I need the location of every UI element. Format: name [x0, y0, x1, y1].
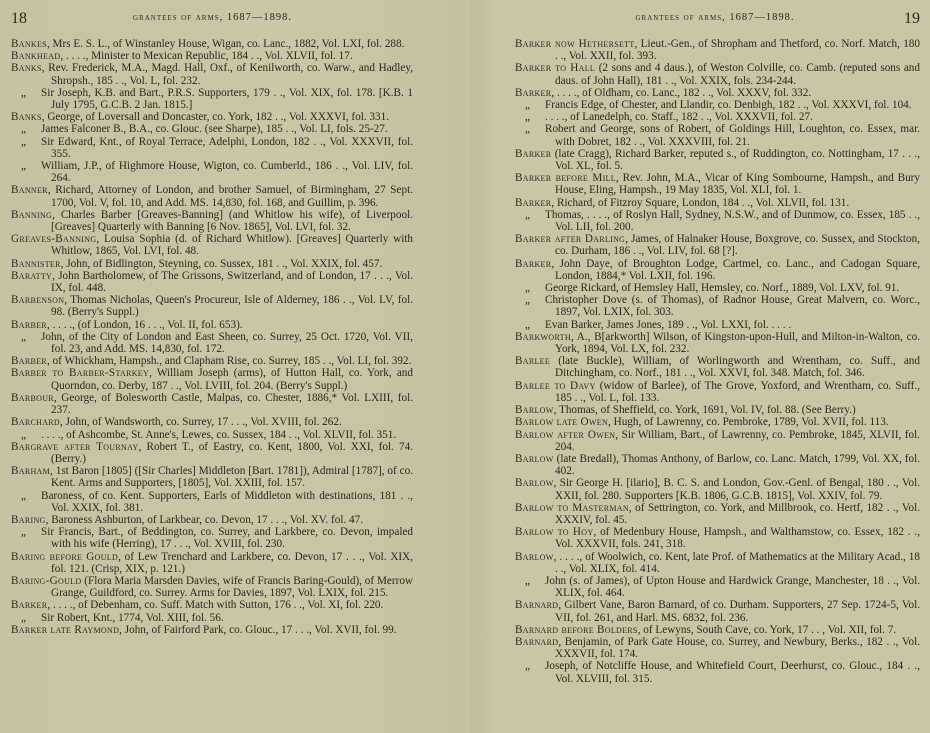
entry-text: , Sir George H. [ilario], B. C. S. and L…: [554, 477, 920, 501]
entry-surname: Barlow: [515, 551, 554, 563]
ditto-mark: „: [21, 429, 41, 441]
entry-text: Joseph, of Notcliffe House, and Whitefie…: [545, 660, 920, 684]
entry-surname: Barnard: [515, 636, 558, 648]
ditto-mark: „: [525, 209, 545, 221]
entry-text: , John, of Wandsworth, co. Surrey, 17 . …: [60, 416, 342, 428]
entry-surname: Barlow: [515, 404, 554, 416]
entry-surname: Barchard: [11, 416, 60, 428]
entry: Barchard, John, of Wandsworth, co. Surre…: [11, 416, 413, 428]
sub-entry: „Thomas, . . . ., of Roslyn Hall, Sydney…: [515, 209, 920, 233]
entry: Baratty, John Bartholomew, of The Grisso…: [11, 270, 413, 294]
entry: Barker, Richard, of Fitzroy Square, Lond…: [515, 197, 920, 209]
entry-text: , of Lewyns, South Cave, co. York, 17 . …: [638, 624, 896, 636]
entry-surname: Barlee: [515, 355, 550, 367]
entry-surname: Barker after Darling: [515, 233, 625, 245]
entry-text: Thomas, . . . ., of Roslyn Hall, Sydney,…: [545, 209, 920, 233]
ditto-mark: „: [21, 123, 41, 135]
entry-surname: Banning: [11, 209, 52, 221]
ditto-mark: „: [21, 160, 41, 172]
entry: Bannister, John, of Bidlington, Steyning…: [11, 258, 413, 270]
entry: Banks, George, of Loversall and Doncaste…: [11, 111, 413, 123]
entry-list: Bankes, Mrs E. S. L., of Winstanley Hous…: [11, 38, 413, 636]
entry-surname: Barker to Hall: [515, 62, 595, 74]
entry: Barlow after Owen, Sir William, Bart., o…: [515, 429, 920, 453]
entry-text: (Flora Maria Marsden Davies, wife of Fra…: [51, 575, 413, 599]
left-page-header: 18 GRANTEES OF ARMS, 1687—1898.: [11, 10, 414, 28]
entry: Barker to Hall (2 sons and 4 daus.), of …: [515, 62, 920, 86]
entry: Barbenson, Thomas Nicholas, Queen's Proc…: [11, 294, 413, 318]
entry: Barker, John Daye, of Broughton Lodge, C…: [515, 258, 920, 282]
entry-text: , John Bartholomew, of The Grissons, Swi…: [51, 270, 413, 294]
entry: Baring, Baroness Ashburton, of Larkbear,…: [11, 514, 413, 526]
entry-text: (late Cragg), Richard Barker, reputed s.…: [551, 148, 920, 172]
entry-text: , . . . ., of Woolwich, co. Kent, late P…: [554, 551, 920, 575]
entry: Barker, . . . ., of Oldham, co. Lanc., 1…: [515, 87, 920, 99]
entry-text: (late Bredall), Thomas Anthony, of Barlo…: [554, 453, 920, 477]
entry-surname: Barnard before Bolders: [515, 624, 638, 636]
entry-surname: Greaves-Banning: [11, 233, 96, 245]
entry-surname: Bankes: [11, 38, 47, 50]
entry-text: , John, of Bidlington, Steyning, co. Sus…: [61, 258, 383, 270]
sub-entry: „Sir Edward, Knt., of Royal Terrace, Ade…: [11, 136, 413, 160]
entry-text: , Charles Barber [Greaves-Banning] (and …: [51, 209, 413, 233]
sub-entry: „Baroness, of co. Kent. Supporters, Earl…: [11, 490, 413, 514]
page-number: 19: [904, 10, 920, 28]
entry-text: , Richard, Attorney of London, and broth…: [48, 184, 413, 208]
entry-text: , . . . ., (of London, 16 . . ., Vol. II…: [47, 319, 243, 331]
ditto-mark: „: [525, 123, 545, 135]
entry-text: Francis Edge, of Chester, and Llandir, c…: [545, 99, 912, 111]
sub-entry: „George Rickard, of Hemsley Hall, Hemsle…: [515, 282, 920, 294]
sub-entry: „John, of the City of London and East Sh…: [11, 331, 413, 355]
ditto-mark: „: [21, 490, 41, 502]
sub-entry: „Robert and George, sons of Robert, of G…: [515, 123, 920, 147]
entry: Baring before Gould, of Lew Trenchard an…: [11, 551, 413, 575]
entry: Barker (late Cragg), Richard Barker, rep…: [515, 148, 920, 172]
entry-text: Sir Robert, Knt., 1774, Vol. XIII, fol. …: [41, 612, 224, 624]
entry-text: , Thomas Nicholas, Queen's Procureur, Is…: [51, 294, 413, 318]
sub-entry: „Francis Edge, of Chester, and Llandir, …: [515, 99, 920, 111]
ditto-mark: „: [525, 282, 545, 294]
entry-surname: Barlow to Masterman: [515, 502, 629, 514]
entry-surname: Barlow after Owen: [515, 429, 615, 441]
ditto-mark: „: [21, 87, 41, 99]
sub-entry: „James Falconer B., B.A., co. Glouc. (se…: [11, 123, 413, 135]
entry-text: Sir Joseph, K.B. and Bart., P.R.S. Suppo…: [41, 87, 413, 111]
entry-surname: Barker: [515, 197, 551, 209]
entry: Barlow late Owen, Hugh, of Lawrenny, co.…: [515, 416, 920, 428]
entry: Barlee (late Buckle), William, of Worlin…: [515, 355, 920, 379]
entry: Barkworth, A., B[arkworth] Wilson, of Ki…: [515, 331, 920, 355]
entry: Barlow, Thomas, of Sheffield, co. York, …: [515, 404, 920, 416]
entry: Banks, Rev. Frederick, M.A., Magd. Hall,…: [11, 62, 413, 86]
entry-surname: Barker: [515, 258, 551, 270]
sub-entry: „. . . ., of Lanedelph, co. Staff., 182 …: [515, 111, 920, 123]
entry: Barber, . . . ., (of London, 16 . . ., V…: [11, 319, 413, 331]
entry-text: Baroness, of co. Kent. Supporters, Earls…: [41, 490, 413, 514]
entry: Barber, of Whickham, Hampsh., and Clapha…: [11, 355, 413, 367]
entry: Barlow, . . . ., of Woolwich, co. Kent, …: [515, 551, 920, 575]
entry-surname: Barnard: [515, 599, 558, 611]
ditto-mark: „: [525, 319, 545, 331]
entry: Barker, . . . ., of Debenham, co. Suff. …: [11, 599, 413, 611]
entry-text: (late Buckle), William, of Worlingworth …: [550, 355, 920, 379]
entry-text: Sir Francis, Bart., of Beddington, co. S…: [41, 526, 413, 550]
entry-surname: Barlow late Owen: [515, 416, 608, 428]
entry-text: Evan Barker, James Jones, 189 . ., Vol. …: [545, 319, 791, 331]
right-page: GRANTEES OF ARMS, 1687—1898. 19 Barker n…: [470, 0, 930, 733]
entry: Barnard before Bolders, of Lewyns, South…: [515, 624, 920, 636]
entry-text: Robert and George, sons of Robert, of Go…: [545, 123, 920, 147]
entry-text: , Baroness Ashburton, of Larkbear, co. D…: [46, 514, 363, 526]
entry: Banner, Richard, Attorney of London, and…: [11, 184, 413, 208]
entry-text: William, J.P., of Highmore House, Wigton…: [41, 160, 413, 184]
entry-surname: Baring-Gould: [11, 575, 81, 587]
entry-surname: Barlow: [515, 477, 554, 489]
sub-entry: „Evan Barker, James Jones, 189 . ., Vol.…: [515, 319, 920, 331]
entry: Bankhead, . . . ., Minister to Mexican R…: [11, 50, 413, 62]
entry-text: , Hugh, of Lawrenny, co. Pembroke, 1789,…: [608, 416, 889, 428]
entry-text: Sir Edward, Knt., of Royal Terrace, Adel…: [41, 136, 413, 160]
entry-text: , A., B[arkworth] Wilson, of Kingston-up…: [555, 331, 920, 355]
entry-text: , Benjamin, of Park Gate House, co. Surr…: [555, 636, 920, 660]
entry-surname: Barker: [515, 148, 551, 160]
entry: Barlow (late Bredall), Thomas Anthony, o…: [515, 453, 920, 477]
ditto-mark: „: [525, 111, 545, 123]
running-head: GRANTEES OF ARMS, 1687—1898.: [510, 12, 920, 23]
entry-surname: Barlow to Hoy: [515, 526, 593, 538]
entry-surname: Barker late Raymond: [11, 624, 119, 636]
entry-text: (2 sons and 4 daus.), of Weston Colville…: [555, 62, 920, 86]
entry-surname: Barlee to Davy: [515, 380, 596, 392]
entry-text: , 1st Baron [1805] ([Sir Charles] Middle…: [50, 465, 413, 489]
entry-text: James Falconer B., B.A., co. Glouc. (see…: [41, 123, 388, 135]
entry: Barker before Mill, Rev. John, M.A., Vic…: [515, 172, 920, 196]
entry: Barlow to Masterman, of Settrington, co.…: [515, 502, 920, 526]
sub-entry: „. . . ., of Ashcombe, St. Anne's, Lewes…: [11, 429, 413, 441]
entry-surname: Banks: [11, 111, 42, 123]
ditto-mark: „: [525, 294, 545, 306]
entry: Barker after Darling, James, of Halnaker…: [515, 233, 920, 257]
entry-text: . . . ., of Lanedelph, co. Staff., 182 .…: [545, 111, 813, 123]
entry-surname: Barlow: [515, 453, 554, 465]
entry-text: , George, of Bolesworth Castle, Malpas, …: [51, 392, 413, 416]
entry-text: , John, of Fairford Park, co. Glouc., 17…: [119, 624, 396, 636]
entry-surname: Baratty: [11, 270, 52, 282]
entry: Bargrave after Tournay, Robert T., of Ea…: [11, 441, 413, 465]
entry-surname: Baring before Gould: [11, 551, 118, 563]
entry-surname: Barker: [515, 87, 551, 99]
entry: Baring-Gould (Flora Maria Marsden Davies…: [11, 575, 413, 599]
sub-entry: „Christopher Dove (s. of Thomas), of Rad…: [515, 294, 920, 318]
sub-entry: „Joseph, of Notcliffe House, and Whitefi…: [515, 660, 920, 684]
sub-entry: „Sir Joseph, K.B. and Bart., P.R.S. Supp…: [11, 87, 413, 111]
ditto-mark: „: [525, 99, 545, 111]
left-page: 18 GRANTEES OF ARMS, 1687—1898. Bankes, …: [0, 0, 470, 733]
entry: Barham, 1st Baron [1805] ([Sir Charles] …: [11, 465, 413, 489]
running-head: GRANTEES OF ARMS, 1687—1898.: [11, 12, 414, 23]
entry-surname: Barber: [11, 355, 47, 367]
entry-text: , of Medenbury House, Hampsh., and Walth…: [555, 526, 920, 550]
ditto-mark: „: [525, 660, 545, 672]
entry-surname: Bankhead: [11, 50, 60, 62]
entry-surname: Bannister: [11, 258, 61, 270]
entry-text: , . . . ., of Debenham, co. Suff. Match …: [47, 599, 383, 611]
ditto-mark: „: [21, 331, 41, 343]
entry-text: John (s. of James), of Upton House and H…: [545, 575, 920, 599]
entry-surname: Barbenson: [11, 294, 64, 306]
entry: Barlee to Davy (widow of Barlee), of The…: [515, 380, 920, 404]
entry-surname: Barkworth: [515, 331, 571, 343]
entry-text: , Richard, of Fitzroy Square, London, 18…: [551, 197, 849, 209]
right-page-header: GRANTEES OF ARMS, 1687—1898. 19: [510, 10, 920, 28]
ditto-mark: „: [21, 526, 41, 538]
entry-surname: Barber: [11, 319, 47, 331]
entry-text: , Thomas, of Sheffield, co. York, 1691, …: [554, 404, 856, 416]
entry-text: Christopher Dove (s. of Thomas), of Radn…: [545, 294, 920, 318]
entry: Barker now Hethersett, Lieut.-Gen., of S…: [515, 38, 920, 62]
entry: Barlow to Hoy, of Medenbury House, Hamps…: [515, 526, 920, 550]
entry-text: , Mrs E. S. L., of Winstanley House, Wig…: [47, 38, 404, 50]
entry-text: , Rev. Frederick, M.A., Magd. Hall, Oxf.…: [42, 62, 413, 86]
entry: Barlow, Sir George H. [ilario], B. C. S.…: [515, 477, 920, 501]
entry-surname: Barker now Hethersett: [515, 38, 635, 50]
sub-entry: „William, J.P., of Highmore House, Wigto…: [11, 160, 413, 184]
entry-text: John, of the City of London and East She…: [41, 331, 413, 355]
entry-text: (widow of Barlee), of The Grove, Yoxford…: [555, 380, 920, 404]
ditto-mark: „: [21, 136, 41, 148]
sub-entry: „Sir Robert, Knt., 1774, Vol. XIII, fol.…: [11, 612, 413, 624]
entry-surname: Bargrave after Tournay: [11, 441, 139, 453]
entry-text: , . . . ., Minister to Mexican Republic,…: [60, 50, 352, 62]
entry-surname: Barham: [11, 465, 50, 477]
entry: Barker late Raymond, John, of Fairford P…: [11, 624, 413, 636]
entry-surname: Barker: [11, 599, 47, 611]
entry: Banning, Charles Barber [Greaves-Banning…: [11, 209, 413, 233]
entry-surname: Barbour: [11, 392, 54, 404]
entry-text: George Rickard, of Hemsley Hall, Hemsley…: [545, 282, 899, 294]
entry-text: , Gilbert Vane, Baron Barnard, of co. Du…: [555, 599, 920, 623]
entry: Greaves-Banning, Louisa Sophia (d. of Ri…: [11, 233, 413, 257]
entry-surname: Banks: [11, 62, 42, 74]
entry-text: , George, of Loversall and Doncaster, co…: [42, 111, 389, 123]
entry-surname: Banner: [11, 184, 48, 196]
entry: Bankes, Mrs E. S. L., of Winstanley Hous…: [11, 38, 413, 50]
entry: Barber to Barber-Starkey, William Joseph…: [11, 367, 413, 391]
entry-text: , . . . ., of Oldham, co. Lanc., 182 . .…: [551, 87, 811, 99]
entry-surname: Barber to Barber-Starkey: [11, 367, 149, 379]
sub-entry: „Sir Francis, Bart., of Beddington, co. …: [11, 526, 413, 550]
ditto-mark: „: [21, 612, 41, 624]
entry: Barnard, Benjamin, of Park Gate House, c…: [515, 636, 920, 660]
entry: Barbour, George, of Bolesworth Castle, M…: [11, 392, 413, 416]
ditto-mark: „: [525, 575, 545, 587]
entry-text: . . . ., of Ashcombe, St. Anne's, Lewes,…: [41, 429, 396, 441]
entry-text: , Louisa Sophia (d. of Richard Whitlow).…: [51, 233, 413, 257]
sub-entry: „John (s. of James), of Upton House and …: [515, 575, 920, 599]
entry-surname: Baring: [11, 514, 46, 526]
entry-text: , John Daye, of Broughton Lodge, Cartmel…: [551, 258, 920, 282]
entry-surname: Barker before Mill: [515, 172, 616, 184]
entry: Barnard, Gilbert Vane, Baron Barnard, of…: [515, 599, 920, 623]
book-spread: 18 GRANTEES OF ARMS, 1687—1898. Bankes, …: [0, 0, 930, 733]
entry-text: , of Whickham, Hampsh., and Clapham Rise…: [47, 355, 411, 367]
entry-list: Barker now Hethersett, Lieut.-Gen., of S…: [515, 38, 920, 685]
